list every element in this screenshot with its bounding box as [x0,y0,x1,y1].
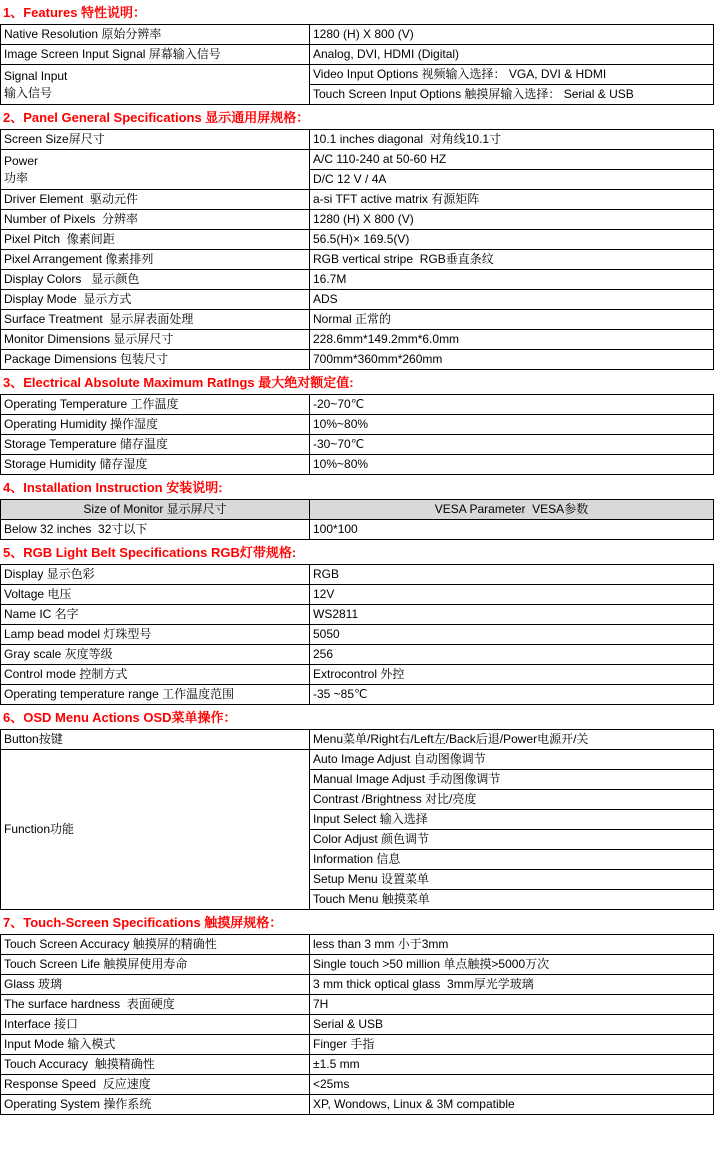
spec-label-cell: Screen Size屏尺寸 [1,130,310,150]
spec-label-cell: Input Mode 输入模式 [1,1035,310,1055]
spec-label-line: Glass 玻璃 [4,976,306,993]
spec-label-line: Image Screen Input Signal 屏幕输入信号 [4,46,306,63]
spec-label-line: Lamp bead model 灯珠型号 [4,626,306,643]
table-row: The surface hardness 表面硬度7H [1,995,714,1015]
spec-label-cell: Pixel Arrangement 像素排列 [1,250,310,270]
spec-value-cell: 256 [310,645,714,665]
spec-label-line: Operating System 操作系统 [4,1096,306,1113]
spec-label-line: Gray scale 灰度等级 [4,646,306,663]
table-header-row: Size of Monitor 显示屏尺寸VESA Parameter VESA… [1,500,714,520]
table-row: Package Dimensions 包装尺寸700mm*360mm*260mm [1,350,714,370]
table-row: Signal Input输入信号Video Input Options 视频输入… [1,65,714,85]
spec-value-cell: 16.7M [310,270,714,290]
table-row: Response Speed 反应速度<25ms [1,1075,714,1095]
spec-document: 1、Features 特性说明：Native Resolution 原始分辨率1… [0,0,715,1115]
spec-value-cell: RGB [310,565,714,585]
spec-value-cell: 228.6mm*149.2mm*6.0mm [310,330,714,350]
spec-table-7: Touch Screen Accuracy 触摸屏的精确性less than 3… [0,934,714,1115]
spec-label-cell: Glass 玻璃 [1,975,310,995]
spec-value-cell: Information 信息 [310,850,714,870]
spec-label-cell: Gray scale 灰度等级 [1,645,310,665]
table-row: Operating System 操作系统XP, Wondows, Linux … [1,1095,714,1115]
table-row: Surface Treatment 显示屏表面处理Normal 正常的 [1,310,714,330]
table-row: Button按键Menu菜单/Right右/Left左/Back后退/Power… [1,730,714,750]
spec-label-line: Button按键 [4,731,306,748]
table-row: Gray scale 灰度等级256 [1,645,714,665]
table-row: Touch Screen Life 触摸屏使用寿命Single touch >5… [1,955,714,975]
section-title-4: 4、Installation Instruction 安装说明: [0,475,715,499]
spec-label-cell: Package Dimensions 包装尺寸 [1,350,310,370]
spec-label-cell: Display 显示色彩 [1,565,310,585]
spec-value-cell: <25ms [310,1075,714,1095]
spec-value-cell: Normal 正常的 [310,310,714,330]
spec-label-line: Number of Pixels 分辨率 [4,211,306,228]
table-row: Power功率A/C 110-240 at 50-60 HZ [1,150,714,170]
spec-value-cell: 1280 (H) X 800 (V) [310,210,714,230]
table-row: Operating temperature range 工作温度范围-35 ~8… [1,685,714,705]
spec-value-cell: D/C 12 V / 4A [310,170,714,190]
table-row: Storage Temperature 储存温度-30~70℃ [1,435,714,455]
spec-label-cell: Signal Input输入信号 [1,65,310,105]
table-row: Input Mode 输入模式Finger 手指 [1,1035,714,1055]
spec-label-line: Storage Temperature 储存温度 [4,436,306,453]
spec-label-line: Pixel Pitch 像素间距 [4,231,306,248]
spec-label-line: Below 32 inches 32寸以下 [4,521,306,538]
table-row: Voltage 电压12V [1,585,714,605]
spec-value-cell: Video Input Options 视频输入选择： VGA, DVI & H… [310,65,714,85]
table-row: Interface 接口Serial & USB [1,1015,714,1035]
spec-label-line: Touch Screen Accuracy 触摸屏的精确性 [4,936,306,953]
spec-label-line: Control mode 控制方式 [4,666,306,683]
spec-label-cell: Touch Accuracy 触摸精确性 [1,1055,310,1075]
spec-label-cell: Monitor Dimensions 显示屏尺寸 [1,330,310,350]
spec-label-line: Monitor Dimensions 显示屏尺寸 [4,331,306,348]
spec-value-cell: Touch Menu 触摸菜单 [310,890,714,910]
spec-label-line: Display Mode 显示方式 [4,291,306,308]
spec-label-cell: Below 32 inches 32寸以下 [1,520,310,540]
section-title-6: 6、OSD Menu Actions OSD菜单操作： [0,705,715,729]
table-row: Native Resolution 原始分辨率1280 (H) X 800 (V… [1,25,714,45]
spec-value-cell: Finger 手指 [310,1035,714,1055]
spec-label-line: Storage Humidity 储存湿度 [4,456,306,473]
spec-value-cell: Touch Screen Input Options 触摸屏输入选择： Seri… [310,85,714,105]
spec-value-cell: 3 mm thick optical glass 3mm厚光学玻璃 [310,975,714,995]
spec-label-line: Power [4,153,306,170]
spec-label-cell: Storage Temperature 储存温度 [1,435,310,455]
spec-label-cell: Voltage 电压 [1,585,310,605]
spec-label-line: Pixel Arrangement 像素排列 [4,251,306,268]
spec-label-cell: Operating Humidity 操作湿度 [1,415,310,435]
spec-label-cell: The surface hardness 表面硬度 [1,995,310,1015]
section-title-5: 5、RGB Light Belt Specifications RGB灯带规格: [0,540,715,564]
spec-label-cell: Name IC 名字 [1,605,310,625]
spec-label-cell: Image Screen Input Signal 屏幕输入信号 [1,45,310,65]
table-row: Display Mode 显示方式ADS [1,290,714,310]
spec-label-line: Operating temperature range 工作温度范围 [4,686,306,703]
spec-value-cell: 700mm*360mm*260mm [310,350,714,370]
spec-label-line: Name IC 名字 [4,606,306,623]
section-title-7: 7、Touch-Screen Specifications 触摸屏规格： [0,910,715,934]
spec-label-line: 输入信号 [4,85,306,102]
spec-table-2: Screen Size屏尺寸10.1 inches diagonal 对角线10… [0,129,714,370]
spec-value-cell: Analog, DVI, HDMI (Digital) [310,45,714,65]
spec-table-3: Operating Temperature 工作温度-20~70℃Operati… [0,394,714,475]
spec-value-cell: 10%~80% [310,415,714,435]
spec-label-cell: Native Resolution 原始分辨率 [1,25,310,45]
table-row: Driver Element 驱动元件a-si TFT active matri… [1,190,714,210]
spec-value-cell: Manual Image Adjust 手动图像调节 [310,770,714,790]
spec-value-cell: RGB vertical stripe RGB垂直条纹 [310,250,714,270]
table-row: Pixel Pitch 像素间距56.5(H)× 169.5(V) [1,230,714,250]
spec-value-cell: Auto Image Adjust 自动图像调节 [310,750,714,770]
spec-label-cell: Touch Screen Accuracy 触摸屏的精确性 [1,935,310,955]
section-title-3: 3、Electrical Absolute Maximum RatIngs 最大… [0,370,715,394]
spec-label-cell: Driver Element 驱动元件 [1,190,310,210]
spec-label-line: 功率 [4,170,306,187]
spec-label-cell: Interface 接口 [1,1015,310,1035]
spec-label-line: Operating Temperature 工作温度 [4,396,306,413]
spec-label-cell: Touch Screen Life 触摸屏使用寿命 [1,955,310,975]
spec-value-cell: -35 ~85℃ [310,685,714,705]
spec-value-cell: 7H [310,995,714,1015]
table-row: Lamp bead model 灯珠型号5050 [1,625,714,645]
spec-value-cell: Serial & USB [310,1015,714,1035]
spec-label-line: Native Resolution 原始分辨率 [4,26,306,43]
table-row: Screen Size屏尺寸10.1 inches diagonal 对角线10… [1,130,714,150]
spec-label-cell: Lamp bead model 灯珠型号 [1,625,310,645]
spec-label-cell: Power功率 [1,150,310,190]
spec-value-cell: Single touch >50 million 单点触摸>5000万次 [310,955,714,975]
spec-label-line: Surface Treatment 显示屏表面处理 [4,311,306,328]
spec-label-line: Driver Element 驱动元件 [4,191,306,208]
spec-label-cell: Operating Temperature 工作温度 [1,395,310,415]
spec-table-1: Native Resolution 原始分辨率1280 (H) X 800 (V… [0,24,714,105]
table-row: Pixel Arrangement 像素排列RGB vertical strip… [1,250,714,270]
spec-value-cell: A/C 110-240 at 50-60 HZ [310,150,714,170]
spec-value-cell: WS2811 [310,605,714,625]
spec-value-cell: Contrast /Brightness 对比/亮度 [310,790,714,810]
spec-value-cell: Color Adjust 颜色调节 [310,830,714,850]
spec-label-cell: Operating System 操作系统 [1,1095,310,1115]
spec-value-cell: XP, Wondows, Linux & 3M compatible [310,1095,714,1115]
table-row: Touch Screen Accuracy 触摸屏的精确性less than 3… [1,935,714,955]
spec-label-line: Input Mode 输入模式 [4,1036,306,1053]
spec-label-cell: Display Colors 显示颜色 [1,270,310,290]
spec-label-line: Screen Size屏尺寸 [4,131,306,148]
table-row: Display Colors 显示颜色16.7M [1,270,714,290]
table-row: Display 显示色彩RGB [1,565,714,585]
spec-label-line: Package Dimensions 包装尺寸 [4,351,306,368]
table-header-cell: VESA Parameter VESA参数 [310,500,714,520]
table-row: Below 32 inches 32寸以下100*100 [1,520,714,540]
table-header-cell: Size of Monitor 显示屏尺寸 [1,500,310,520]
spec-table-4: Size of Monitor 显示屏尺寸VESA Parameter VESA… [0,499,714,540]
table-row: Monitor Dimensions 显示屏尺寸228.6mm*149.2mm*… [1,330,714,350]
spec-value-cell: Input Select 输入选择 [310,810,714,830]
table-row: Storage Humidity 储存湿度10%~80% [1,455,714,475]
spec-label-line: Function功能 [4,821,306,838]
spec-label-cell: Response Speed 反应速度 [1,1075,310,1095]
table-row: Glass 玻璃3 mm thick optical glass 3mm厚光学玻… [1,975,714,995]
spec-label-line: Operating Humidity 操作湿度 [4,416,306,433]
spec-label-line: Signal Input [4,68,306,85]
spec-label-cell: Surface Treatment 显示屏表面处理 [1,310,310,330]
spec-label-cell: Control mode 控制方式 [1,665,310,685]
table-row: Touch Accuracy 触摸精确性±1.5 mm [1,1055,714,1075]
spec-table-6: Button按键Menu菜单/Right右/Left左/Back后退/Power… [0,729,714,910]
section-title-2: 2、Panel General Specifications 显示通用屏规格： [0,105,715,129]
spec-label-cell: Pixel Pitch 像素间距 [1,230,310,250]
spec-label-line: Response Speed 反应速度 [4,1076,306,1093]
spec-value-cell: 100*100 [310,520,714,540]
table-row: Image Screen Input Signal 屏幕输入信号Analog, … [1,45,714,65]
spec-value-cell: 5050 [310,625,714,645]
spec-value-cell: Extrocontrol 外控 [310,665,714,685]
table-row: Control mode 控制方式Extrocontrol 外控 [1,665,714,685]
spec-value-cell: ±1.5 mm [310,1055,714,1075]
spec-value-cell: 1280 (H) X 800 (V) [310,25,714,45]
spec-label-line: Display 显示色彩 [4,566,306,583]
table-row: Number of Pixels 分辨率1280 (H) X 800 (V) [1,210,714,230]
spec-label-cell: Storage Humidity 储存湿度 [1,455,310,475]
spec-value-cell: 10.1 inches diagonal 对角线10.1寸 [310,130,714,150]
table-row: Function功能Auto Image Adjust 自动图像调节 [1,750,714,770]
spec-table-5: Display 显示色彩RGBVoltage 电压12VName IC 名字WS… [0,564,714,705]
spec-label-line: Voltage 电压 [4,586,306,603]
spec-value-cell: less than 3 mm 小于3mm [310,935,714,955]
spec-label-line: The surface hardness 表面硬度 [4,996,306,1013]
spec-label-cell: Function功能 [1,750,310,910]
table-row: Name IC 名字WS2811 [1,605,714,625]
spec-label-line: Display Colors 显示颜色 [4,271,306,288]
spec-value-cell: Menu菜单/Right右/Left左/Back后退/Power电源开/关 [310,730,714,750]
spec-value-cell: 10%~80% [310,455,714,475]
table-row: Operating Humidity 操作湿度10%~80% [1,415,714,435]
section-title-1: 1、Features 特性说明： [0,0,715,24]
spec-label-line: Touch Accuracy 触摸精确性 [4,1056,306,1073]
spec-label-line: Touch Screen Life 触摸屏使用寿命 [4,956,306,973]
spec-value-cell: -20~70℃ [310,395,714,415]
spec-label-cell: Button按键 [1,730,310,750]
spec-label-cell: Display Mode 显示方式 [1,290,310,310]
spec-value-cell: 56.5(H)× 169.5(V) [310,230,714,250]
spec-value-cell: ADS [310,290,714,310]
spec-value-cell: a-si TFT active matrix 有源矩阵 [310,190,714,210]
spec-label-cell: Operating temperature range 工作温度范围 [1,685,310,705]
spec-label-line: Interface 接口 [4,1016,306,1033]
spec-value-cell: -30~70℃ [310,435,714,455]
table-row: Operating Temperature 工作温度-20~70℃ [1,395,714,415]
spec-label-cell: Number of Pixels 分辨率 [1,210,310,230]
spec-value-cell: 12V [310,585,714,605]
spec-value-cell: Setup Menu 设置菜单 [310,870,714,890]
